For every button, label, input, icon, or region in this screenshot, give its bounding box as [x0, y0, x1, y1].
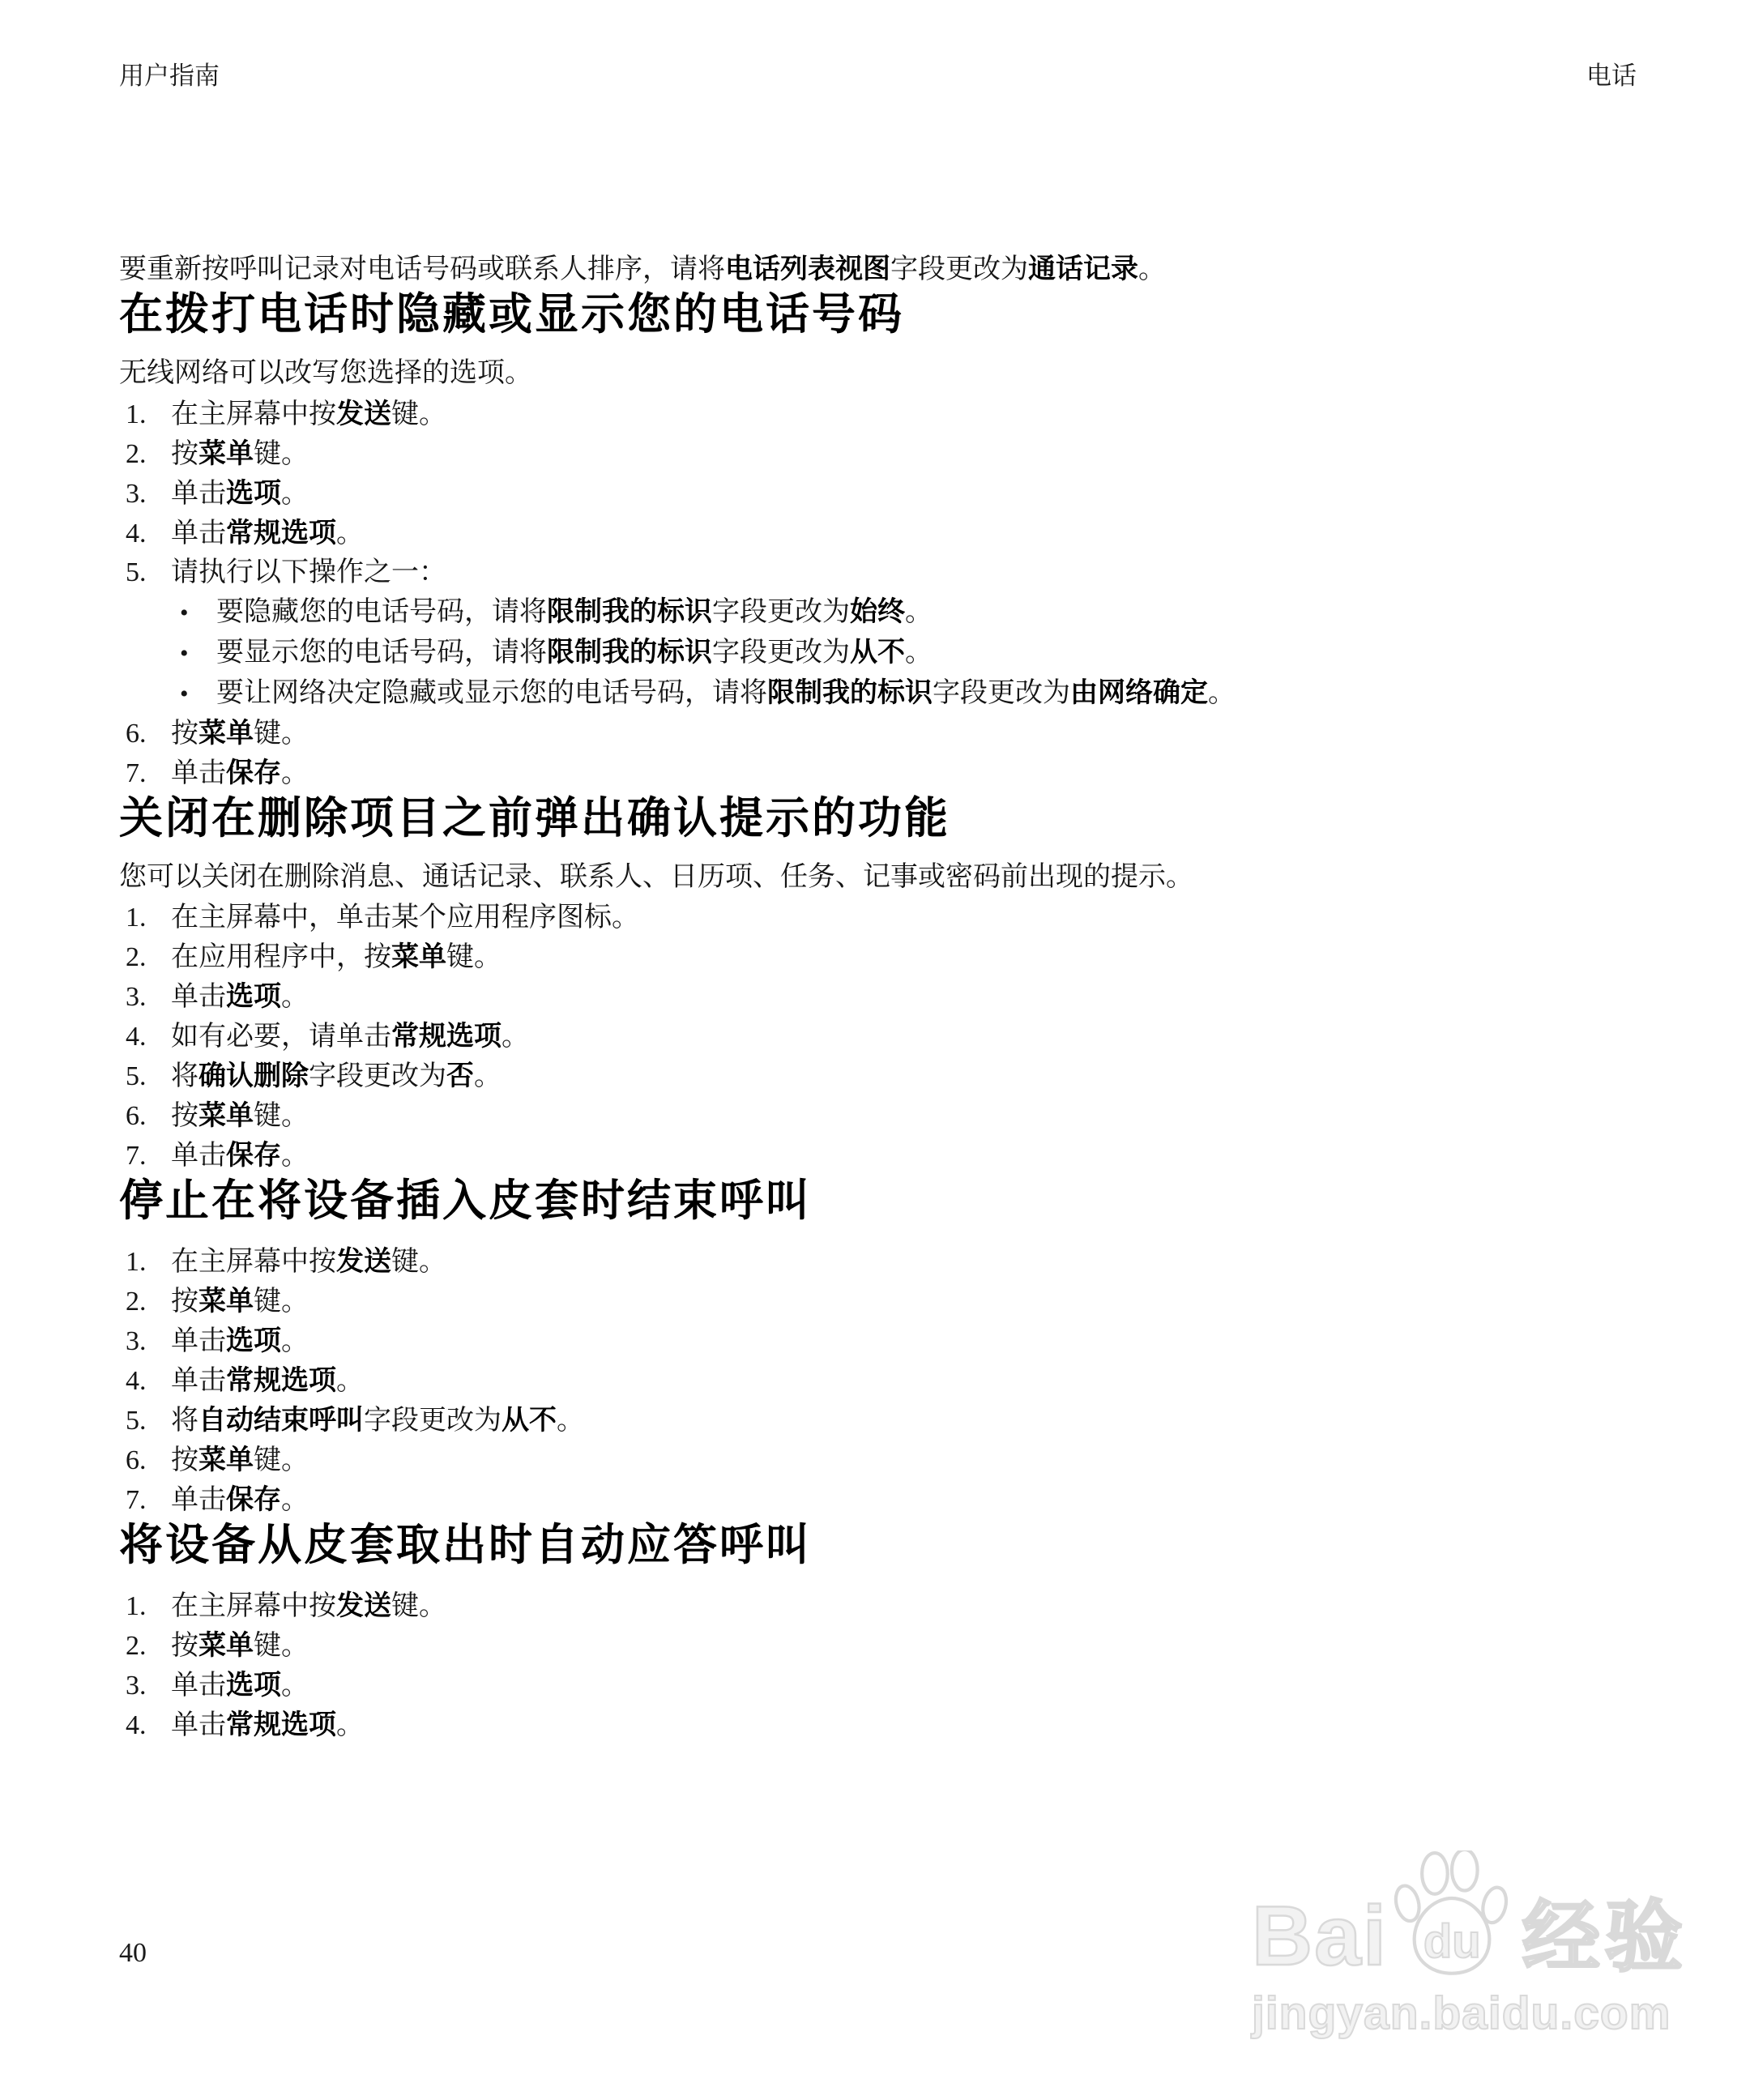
list-item: 6. 按菜单键。 [119, 714, 1701, 753]
list-number: 7. [119, 1481, 171, 1520]
text-run: 将 [171, 1061, 198, 1091]
bold-run: 发送 [336, 1590, 391, 1621]
text-run: 单击 [171, 1326, 226, 1356]
section-stop-end-call-holster: 停止在将设备插入皮套时结束呼叫 1. 在主屏幕中按发送键。 2. 按菜单键。 3… [119, 1176, 1701, 1520]
text-run: 。 [281, 982, 309, 1012]
text-run: 字段更改为 [364, 1406, 502, 1436]
text-run: 。 [1138, 254, 1166, 284]
list-item: 1. 在主屏幕中按发送键。 [119, 1586, 1701, 1626]
list-number: 7. [119, 1137, 171, 1176]
bold-run: 保存 [226, 758, 281, 788]
list-item-text: 在应用程序中，按菜单键。 [171, 937, 1701, 977]
text-run: 字段更改为 [933, 678, 1070, 708]
list-item: 7. 单击保存。 [119, 1480, 1701, 1520]
list-number: 5. [119, 553, 171, 592]
text-run: 要隐藏您的电话号码，请将 [216, 597, 547, 627]
bold-run: 保存 [226, 1140, 281, 1171]
numbered-list: 1. 在主屏幕中按发送键。 2. 按菜单键。 3. 单击选项。 4. 单击常规选… [119, 1586, 1701, 1745]
text-run: 。 [336, 1366, 364, 1396]
list-item-text: 将自动结束呼叫字段更改为从不。 [171, 1401, 1701, 1441]
list-item-text: 按菜单键。 [171, 1282, 1701, 1321]
bold-run: 菜单 [391, 941, 446, 972]
list-number: 2. [119, 1283, 171, 1321]
baidu-jingyan-logo: Bai du 经验 [1252, 1857, 1738, 1978]
list-item-text: 按菜单键。 [171, 434, 1701, 474]
list-item-text: 单击选项。 [171, 1321, 1701, 1361]
list-number: 7. [119, 754, 171, 793]
bullet-list-item: • 要显示您的电话号码，请将限制我的标识字段更改为从不。 [119, 633, 1701, 673]
bold-run: 菜单 [198, 718, 254, 749]
list-item: 5. 请执行以下操作之一： [119, 553, 1701, 592]
list-number: 4. [119, 1018, 171, 1056]
list-number: 4. [119, 514, 171, 553]
header-right-title: 电话 [1586, 62, 1637, 91]
section-title: 在拨打电话时隐藏或显示您的电话号码 [119, 289, 1701, 339]
list-item: 3. 单击选项。 [119, 977, 1701, 1017]
text-run: 字段更改为 [712, 597, 850, 627]
list-item: 6. 按菜单键。 [119, 1096, 1701, 1136]
list-item: 2. 在应用程序中，按菜单键。 [119, 937, 1701, 977]
logo-text-jingyan: 经验 [1522, 1897, 1688, 1978]
bullet-icon: • [180, 594, 216, 633]
list-item-text: 按菜单键。 [171, 1626, 1701, 1666]
logo-text-du: du [1423, 1914, 1481, 1969]
text-run: 键。 [391, 399, 446, 429]
list-number: 3. [119, 1667, 171, 1705]
text-run: 字段更改为 [309, 1061, 446, 1091]
section-hide-show-number: 在拨打电话时隐藏或显示您的电话号码 无线网络可以改写您选择的选项。 1. 在主屏… [119, 289, 1701, 793]
text-run: 。 [281, 1326, 309, 1356]
bold-run: 选项 [226, 1670, 281, 1701]
text-run: 。 [336, 519, 364, 548]
list-item: 4. 单击常规选项。 [119, 1361, 1701, 1401]
list-number: 6. [119, 715, 171, 753]
text-run: 按 [171, 1445, 198, 1475]
text-run: 。 [281, 1671, 309, 1701]
list-number: 1. [119, 395, 171, 434]
text-run: 。 [281, 479, 309, 509]
text-run: 在主屏幕中按 [171, 399, 336, 429]
list-item-text: 在主屏幕中按发送键。 [171, 1242, 1701, 1282]
baidu-jingyan-watermark: Bai du 经验 jingyan.baidu.com [1252, 1857, 1738, 2040]
bold-run: 电话列表视图 [725, 254, 890, 284]
list-item: 7. 单击保存。 [119, 1136, 1701, 1176]
text-run: 单击 [171, 479, 226, 509]
bold-run: 确认删除 [198, 1061, 309, 1091]
bold-run: 菜单 [198, 1100, 254, 1131]
list-item-text: 按菜单键。 [171, 714, 1701, 753]
list-item: 3. 单击选项。 [119, 1321, 1701, 1361]
bold-run: 常规选项 [391, 1021, 502, 1052]
text-run: 键。 [254, 719, 309, 749]
intro-paragraph: 要重新按呼叫记录对电话号码或联系人排序，请将电话列表视图字段更改为通话记录。 [119, 250, 1701, 289]
list-item-text: 如有必要，请单击常规选项。 [171, 1017, 1701, 1056]
list-item-text: 要让网络决定隐藏或显示您的电话号码，请将限制我的标识字段更改为由网络确定。 [216, 673, 1701, 713]
list-number: 1. [119, 1587, 171, 1626]
list-item-text: 单击常规选项。 [171, 1361, 1701, 1401]
bold-run: 菜单 [198, 1630, 254, 1661]
list-item-text: 单击常规选项。 [171, 514, 1701, 553]
list-item: 4. 如有必要，请单击常规选项。 [119, 1017, 1701, 1056]
text-run: 键。 [446, 942, 502, 972]
text-run: 单击 [171, 1485, 226, 1515]
text-run: 按 [171, 1631, 198, 1661]
list-item: 1. 在主屏幕中，单击某个应用程序图标。 [119, 898, 1701, 937]
list-item: 6. 按菜单键。 [119, 1441, 1701, 1480]
bold-run: 常规选项 [226, 1365, 336, 1396]
list-item-text: 要隐藏您的电话号码，请将限制我的标识字段更改为始终。 [216, 592, 1701, 632]
list-item-text: 将确认删除字段更改为否。 [171, 1056, 1701, 1096]
text-run: 按 [171, 439, 198, 469]
list-item-text: 单击选项。 [171, 474, 1701, 514]
list-item-text: 单击保存。 [171, 753, 1701, 793]
text-run: 。 [474, 1061, 502, 1091]
list-number: 5. [119, 1057, 171, 1096]
bold-run: 菜单 [198, 438, 254, 469]
list-item: 3. 单击选项。 [119, 1666, 1701, 1705]
list-item-text: 单击选项。 [171, 1666, 1701, 1705]
list-number: 5. [119, 1402, 171, 1441]
text-run: 单击 [171, 1671, 226, 1701]
text-run: 键。 [391, 1591, 446, 1621]
numbered-list: 1. 在主屏幕中，单击某个应用程序图标。 2. 在应用程序中，按菜单键。 3. … [119, 898, 1701, 1176]
list-item-text: 单击常规选项。 [171, 1705, 1701, 1745]
text-run: 。 [336, 1710, 364, 1740]
text-run: 请执行以下操作之一： [171, 557, 446, 587]
list-item-text: 要显示您的电话号码，请将限制我的标识字段更改为从不。 [216, 633, 1701, 672]
bullet-list-item: • 要隐藏您的电话号码，请将限制我的标识字段更改为始终。 [119, 592, 1701, 633]
numbered-list: 1. 在主屏幕中按发送键。 2. 按菜单键。 3. 单击选项。 4. 单击常规选… [119, 395, 1701, 793]
text-run: 键。 [254, 1101, 309, 1131]
paw-icon: du [1391, 1850, 1513, 1978]
bold-run: 菜单 [198, 1286, 254, 1317]
section-title: 将设备从皮套取出时自动应答呼叫 [119, 1520, 1701, 1570]
bold-run: 常规选项 [226, 1709, 336, 1740]
bold-run: 通话记录 [1028, 254, 1138, 284]
bold-run: 始终 [850, 596, 905, 627]
bold-run: 发送 [336, 1246, 391, 1277]
watermark-url: jingyan.baidu.com [1252, 1987, 1738, 2040]
list-number: 3. [119, 978, 171, 1017]
text-run: 单击 [171, 1710, 226, 1740]
page-number: 40 [119, 1938, 147, 1969]
bold-run: 由网络确定 [1070, 677, 1208, 708]
list-item-text: 单击选项。 [171, 977, 1701, 1017]
text-run: 。 [281, 1141, 309, 1171]
bullet-list-item: • 要让网络决定隐藏或显示您的电话号码，请将限制我的标识字段更改为由网络确定。 [119, 673, 1701, 714]
text-run: 如有必要，请单击 [171, 1022, 391, 1052]
bold-run: 否 [446, 1061, 474, 1091]
text-run: 要让网络决定隐藏或显示您的电话号码，请将 [216, 678, 767, 708]
list-item: 2. 按菜单键。 [119, 1626, 1701, 1666]
list-item-text: 单击保存。 [171, 1480, 1701, 1520]
bold-run: 常规选项 [226, 518, 336, 548]
list-number: 2. [119, 938, 171, 977]
text-run: 单击 [171, 758, 226, 788]
text-run: 要重新按呼叫记录对电话号码或联系人排序，请将 [119, 254, 725, 284]
page-header: 用户指南 电话 [119, 62, 1637, 91]
list-number: 4. [119, 1362, 171, 1401]
bold-run: 从不 [850, 637, 905, 668]
list-item: 4. 单击常规选项。 [119, 1705, 1701, 1745]
list-item-text: 请执行以下操作之一： [171, 553, 1701, 592]
section-title: 关闭在删除项目之前弹出确认提示的功能 [119, 793, 1701, 843]
list-number: 2. [119, 435, 171, 474]
document-page: 用户指南 电话 要重新按呼叫记录对电话号码或联系人排序，请将电话列表视图字段更改… [0, 0, 1750, 2100]
list-number: 2. [119, 1627, 171, 1666]
list-number: 6. [119, 1097, 171, 1136]
bold-run: 从不 [502, 1405, 557, 1436]
bold-run: 限制我的标识 [767, 677, 933, 708]
list-number: 1. [119, 1243, 171, 1282]
list-number: 3. [119, 1322, 171, 1361]
page-content: 要重新按呼叫记录对电话号码或联系人排序，请将电话列表视图字段更改为通话记录。 在… [119, 250, 1701, 1745]
list-item: 5. 将确认删除字段更改为否。 [119, 1056, 1701, 1096]
text-run: 。 [557, 1406, 584, 1436]
section-title: 停止在将设备插入皮套时结束呼叫 [119, 1176, 1701, 1226]
text-run: 键。 [254, 439, 309, 469]
text-run: 要显示您的电话号码，请将 [216, 638, 547, 668]
list-number: 4. [119, 1706, 171, 1745]
text-run: 将 [171, 1406, 198, 1436]
text-run: 键。 [254, 1631, 309, 1661]
text-run: 单击 [171, 1366, 226, 1396]
list-item: 7. 单击保存。 [119, 753, 1701, 793]
text-run: 键。 [254, 1445, 309, 1475]
bold-run: 保存 [226, 1484, 281, 1515]
list-item-text: 在主屏幕中按发送键。 [171, 1586, 1701, 1626]
bullet-icon: • [180, 675, 216, 714]
text-run: 在主屏幕中按 [171, 1591, 336, 1621]
section-disable-delete-prompt: 关闭在删除项目之前弹出确认提示的功能 您可以关闭在删除消息、通话记录、联系人、日… [119, 793, 1701, 1176]
text-run: 。 [502, 1022, 529, 1052]
text-run: 单击 [171, 1141, 226, 1171]
list-item: 2. 按菜单键。 [119, 1282, 1701, 1321]
list-item: 1. 在主屏幕中按发送键。 [119, 1242, 1701, 1282]
numbered-list: 1. 在主屏幕中按发送键。 2. 按菜单键。 3. 单击选项。 4. 单击常规选… [119, 1242, 1701, 1520]
section-auto-answer-holster: 将设备从皮套取出时自动应答呼叫 1. 在主屏幕中按发送键。 2. 按菜单键。 3… [119, 1520, 1701, 1745]
text-run: 键。 [391, 1247, 446, 1277]
text-run: 。 [905, 597, 933, 627]
bold-run: 选项 [226, 1325, 281, 1356]
list-item-text: 按菜单键。 [171, 1441, 1701, 1480]
list-item: 1. 在主屏幕中按发送键。 [119, 395, 1701, 434]
text-run: 字段更改为 [712, 638, 850, 668]
text-run: 。 [1208, 678, 1236, 708]
list-item-text: 在主屏幕中按发送键。 [171, 395, 1701, 434]
text-run: 在应用程序中，按 [171, 942, 391, 972]
list-item: 4. 单击常规选项。 [119, 514, 1701, 553]
text-run: 单击 [171, 519, 226, 548]
logo-text-bai: Bai [1252, 1894, 1388, 1978]
text-run: 。 [281, 1485, 309, 1515]
bold-run: 限制我的标识 [547, 596, 712, 627]
bold-run: 限制我的标识 [547, 637, 712, 668]
text-run: 字段更改为 [890, 254, 1028, 284]
list-number: 3. [119, 475, 171, 514]
text-run: 按 [171, 1101, 198, 1131]
list-item: 3. 单击选项。 [119, 474, 1701, 514]
bold-run: 菜单 [198, 1445, 254, 1475]
section-intro: 无线网络可以改写您选择的选项。 [119, 354, 1701, 393]
list-number: 6. [119, 1441, 171, 1480]
list-item-text: 在主屏幕中，单击某个应用程序图标。 [171, 898, 1701, 937]
list-item-text: 单击保存。 [171, 1136, 1701, 1176]
list-item: 5. 将自动结束呼叫字段更改为从不。 [119, 1401, 1701, 1441]
bold-run: 自动结束呼叫 [198, 1405, 364, 1436]
text-run: 按 [171, 719, 198, 749]
bold-run: 发送 [336, 399, 391, 429]
bullet-icon: • [180, 634, 216, 673]
text-run: 在主屏幕中按 [171, 1247, 336, 1277]
list-item-text: 按菜单键。 [171, 1096, 1701, 1136]
bold-run: 选项 [226, 981, 281, 1012]
text-run: 单击 [171, 982, 226, 1012]
list-item: 2. 按菜单键。 [119, 434, 1701, 474]
bold-run: 选项 [226, 478, 281, 509]
list-number: 1. [119, 898, 171, 937]
text-run: 。 [905, 638, 933, 668]
header-left-title: 用户指南 [119, 62, 220, 91]
text-run: 。 [281, 758, 309, 788]
text-run: 按 [171, 1287, 198, 1317]
text-run: 在主屏幕中，单击某个应用程序图标。 [171, 903, 639, 933]
text-run: 键。 [254, 1287, 309, 1317]
section-intro: 您可以关闭在删除消息、通话记录、联系人、日历项、任务、记事或密码前出现的提示。 [119, 858, 1701, 897]
